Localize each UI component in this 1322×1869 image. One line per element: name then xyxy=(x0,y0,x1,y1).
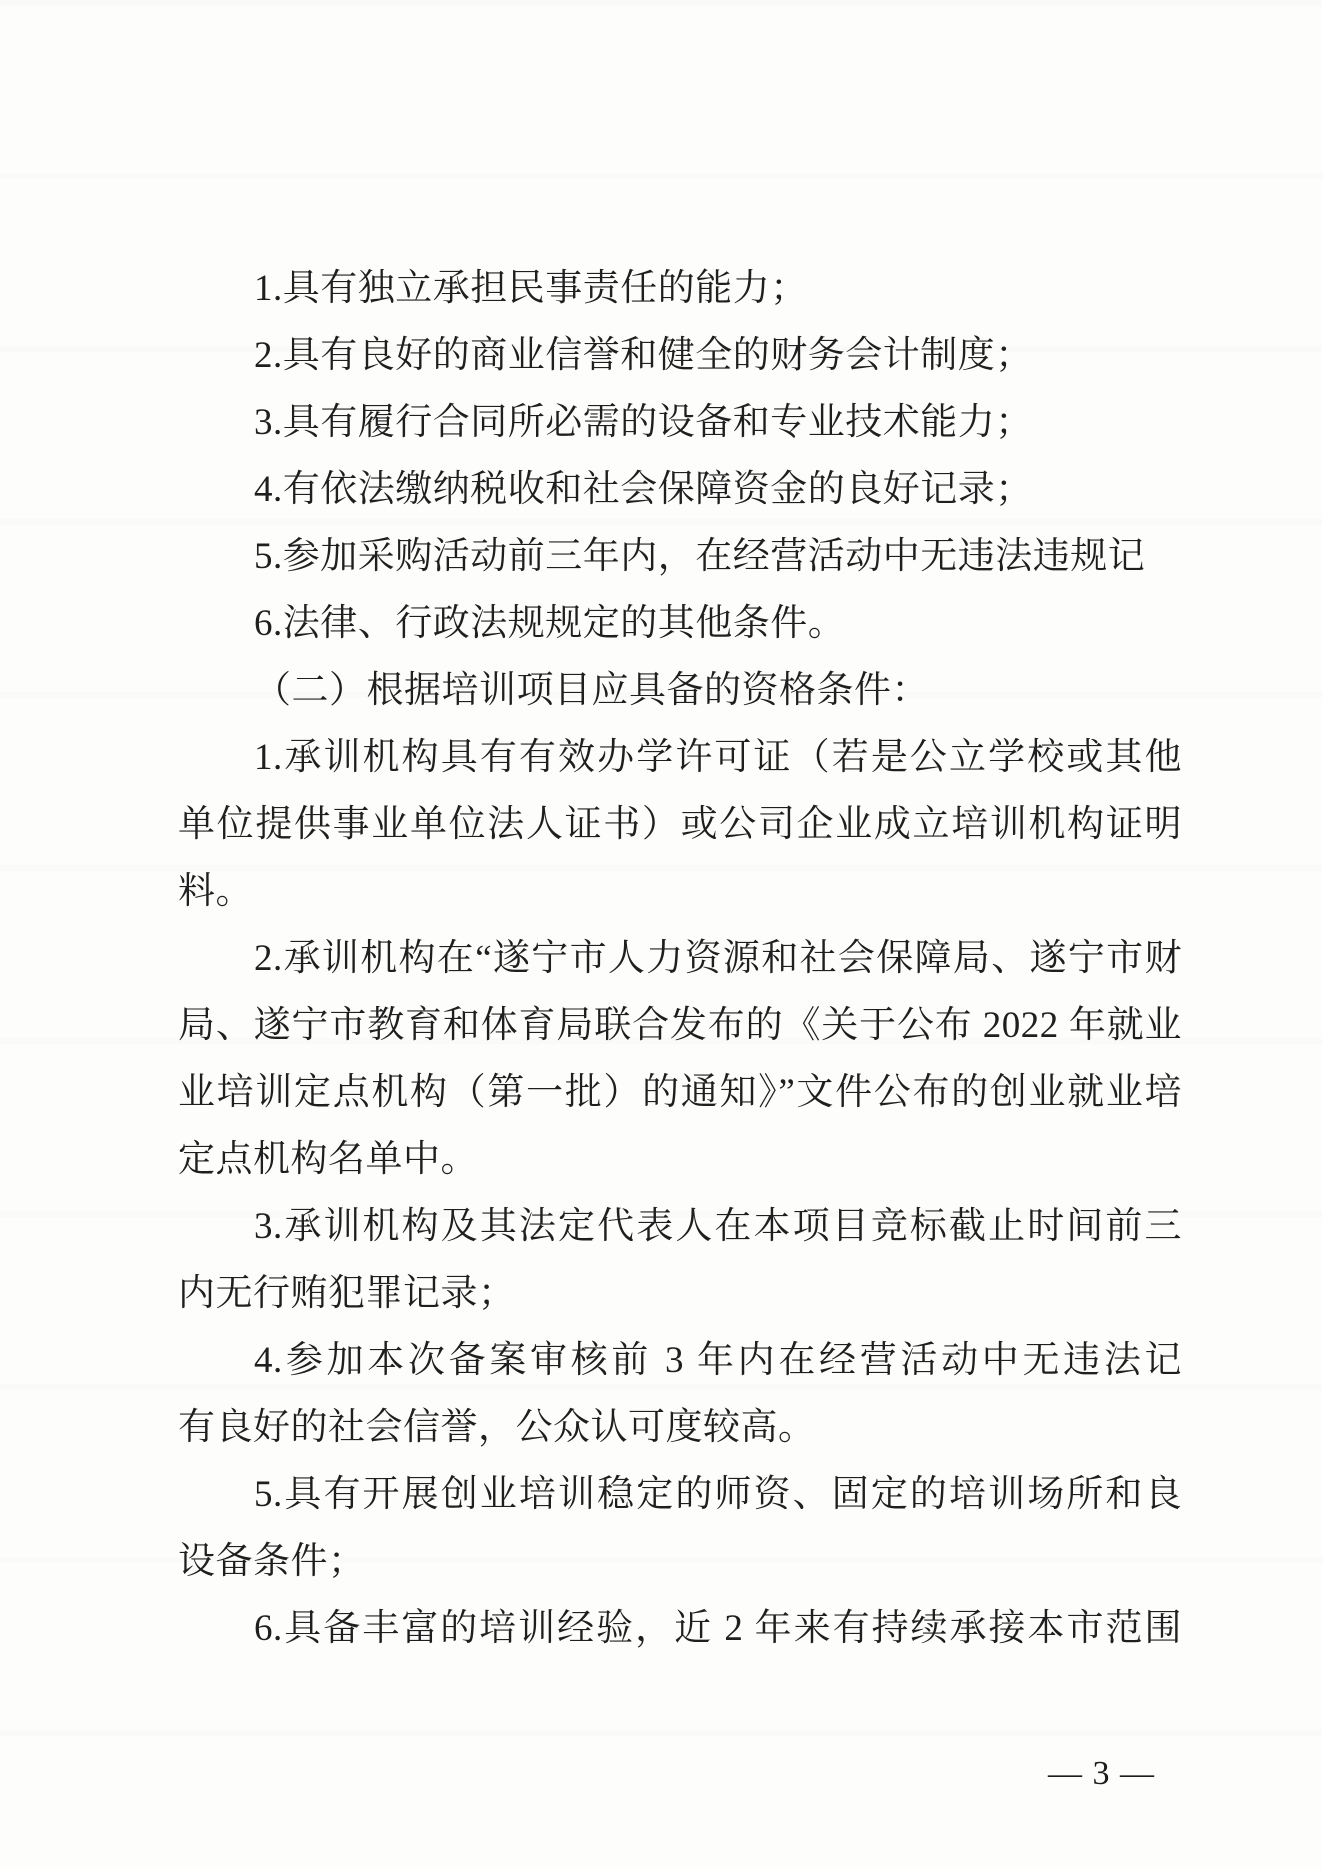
paragraph-line: 4.参加本次备案审核前 3 年内在经营活动中无违法记录，具 xyxy=(178,1327,1182,1394)
paragraph-line: 1.具有独立承担民事责任的能力； xyxy=(178,255,1182,322)
paragraph-line: 3.具有履行合同所必需的设备和专业技术能力； xyxy=(178,389,1182,456)
paragraph-line: 设备条件； xyxy=(178,1528,1182,1595)
paragraph-line: 单位提供事业单位法人证书）或公司企业成立培训机构证明资 xyxy=(178,791,1182,858)
paragraph-line: 4.有依法缴纳税收和社会保障资金的良好记录； xyxy=(178,456,1182,523)
paragraph-line: 2.具有良好的商业信誉和健全的财务会计制度； xyxy=(178,322,1182,389)
paragraph-line: 有良好的社会信誉，公众认可度较高。 xyxy=(178,1394,1182,1461)
paragraph-line: 2.承训机构在“遂宁市人力资源和社会保障局、遂宁市财政 xyxy=(178,925,1182,992)
paragraph-line: 业培训定点机构（第一批）的通知》”文件公布的创业就业培训 xyxy=(178,1059,1182,1126)
paragraph-line: 5.参加采购活动前三年内，在经营活动中无违法违规记录； xyxy=(178,523,1182,590)
text-block: 1.具有独立承担民事责任的能力；2.具有良好的商业信誉和健全的财务会计制度；3.… xyxy=(178,255,1182,1662)
paragraph-line: 6.具备丰富的培训经验，近 2 年来有持续承接本市范围内就 xyxy=(178,1595,1182,1662)
paragraph-line: 3.承训机构及其法定代表人在本项目竞标截止时间前三年 xyxy=(178,1193,1182,1260)
paragraph-line: 5.具有开展创业培训稳定的师资、固定的培训场所和良好的 xyxy=(178,1461,1182,1528)
paragraph-line: 内无行贿犯罪记录； xyxy=(178,1260,1182,1327)
document-page: 1.具有独立承担民事责任的能力；2.具有良好的商业信誉和健全的财务会计制度；3.… xyxy=(0,0,1322,1869)
paragraph-line: （二）根据培训项目应具备的资格条件： xyxy=(178,657,1182,724)
paragraph-line: 局、遂宁市教育和体育局联合发布的《关于公布 2022 年就业创 xyxy=(178,992,1182,1059)
paragraph-line: 6.法律、行政法规规定的其他条件。 xyxy=(178,590,1182,657)
paragraph-line: 料。 xyxy=(178,858,1182,925)
paragraph-line: 定点机构名单中。 xyxy=(178,1126,1182,1193)
page-number: — 3 — xyxy=(1048,1752,1178,1796)
paragraph-line: 1.承训机构具有有效办学许可证（若是公立学校或其他事业 xyxy=(178,724,1182,791)
